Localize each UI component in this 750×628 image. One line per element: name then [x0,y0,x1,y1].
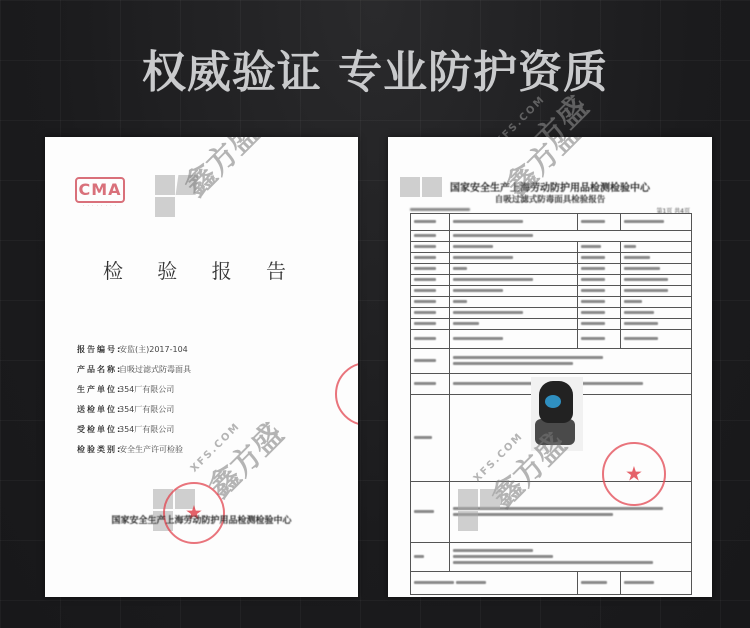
field-inspection-type: 检验类别:安全生产许可检验 [77,439,191,459]
field-submitter: 送检单位:354厂有限公司 [77,399,191,419]
watermark-logo-icon [388,147,424,191]
inspection-report-page: 国家安全生产上海劳动防护用品检测检验中心 自吸过滤式防毒面具检验报告 第1页 共… [388,137,712,597]
inspection-report-cover: CMA · · · · · · · · 鑫方盛 检 验 报 告 报告编号:安监(… [45,137,358,597]
report-title: 检 验 报 告 [45,255,358,284]
watermark-logo-icon [458,489,502,533]
page-headline: 权威验证 专业防护资质 [0,36,750,100]
field-manufacturer: 生产单位:354厂有限公司 [77,379,191,399]
field-report-number: 报告编号:安监(主)2017-104 [77,339,191,359]
red-seal [602,442,666,506]
cma-logo: CMA [75,177,125,203]
red-seal [335,362,358,426]
cma-logo-caption: · · · · · · · · [75,203,125,208]
watermark-logo-icon [155,175,199,219]
respirator-photo [531,377,583,451]
field-product-name: 产品名称:自吸过滤式防毒面具 [77,359,191,379]
issuing-organization: 国家安全生产上海劳动防护用品检测检验中心 [45,513,358,526]
field-inspected-unit: 受检单位:354厂有限公司 [77,419,191,439]
report-fields: 报告编号:安监(主)2017-104 产品名称:自吸过滤式防毒面具 生产单位:3… [77,339,191,459]
